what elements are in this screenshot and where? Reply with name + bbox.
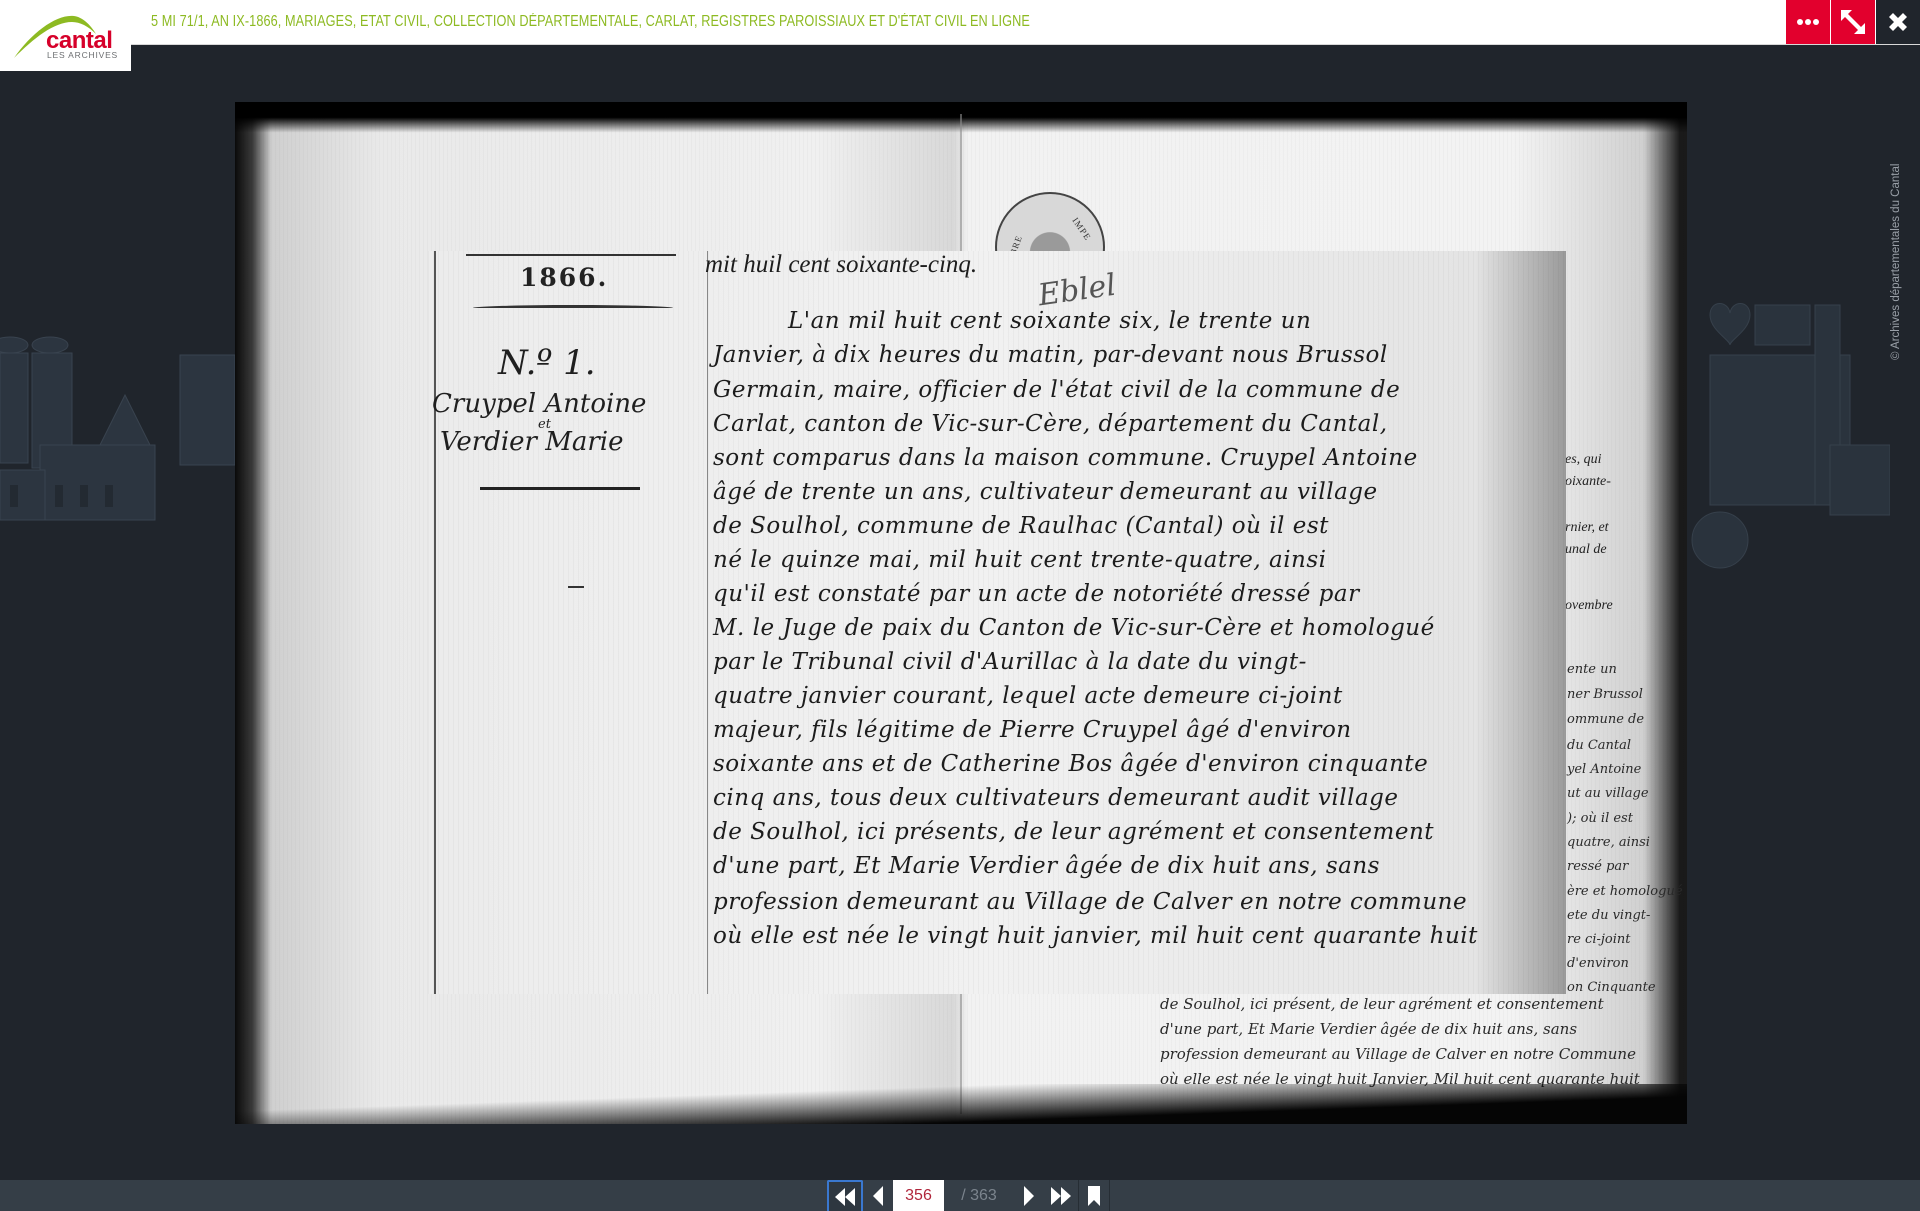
- triangle-right-icon: [1023, 1186, 1035, 1206]
- right-page-print: es, qui: [1565, 452, 1602, 468]
- margin-bride-name: Verdier Marie: [440, 427, 624, 457]
- margin-mark: [568, 586, 584, 588]
- entry-line: qu'il est constaté par un acte de notori…: [713, 581, 1360, 607]
- bookmark-button[interactable]: [1079, 1180, 1109, 1211]
- entry-line: quatre janvier courant, lequel acte deme…: [713, 683, 1343, 709]
- lower-handwriting-line: d'une part, Et Marie Verdier âgée de dix…: [1160, 1020, 1577, 1038]
- right-page-handwriting: on Cinquante: [1567, 980, 1656, 995]
- entry-line: soixante ans et de Catherine Bos âgée d'…: [713, 751, 1428, 777]
- zoomed-entry-inset[interactable]: 1866. N.º 1. Cruypel Antoine et Verdier …: [428, 251, 1566, 994]
- first-page-button[interactable]: [827, 1180, 863, 1211]
- expand-arrows-icon: [1839, 8, 1867, 36]
- margin-line: [434, 251, 436, 994]
- close-button[interactable]: [1876, 0, 1920, 44]
- fullscreen-button[interactable]: [1831, 0, 1875, 44]
- right-page-handwriting: re ci-joint: [1567, 932, 1630, 947]
- entry-line: cinq ans, tous deux cultivateurs demeura…: [713, 785, 1399, 811]
- entry-line: par le Tribunal civil d'Aurillac à la da…: [713, 649, 1307, 675]
- close-x-icon: [1886, 10, 1910, 34]
- background-illustration-left: [0, 315, 240, 575]
- entry-line: de Soulhol, commune de Raulhac (Cantal) …: [713, 513, 1329, 539]
- right-page-print: oixante-: [1565, 474, 1611, 490]
- lower-handwriting-line: profession demeurant au Village de Calve…: [1160, 1045, 1636, 1063]
- triangle-left-icon: [872, 1186, 884, 1206]
- entry-line: né le quinze mai, mil huit cent trente-q…: [713, 547, 1327, 573]
- heading-rule: [466, 254, 676, 256]
- double-chevron-right-icon: [1050, 1187, 1072, 1205]
- entry-line: L'an mil huit cent soixante six, le tren…: [788, 308, 1311, 334]
- copyright-notice: © Archives départementales du Cantal: [1890, 164, 1902, 360]
- page-number-input[interactable]: [893, 1180, 944, 1211]
- entry-line: de Soulhol, ici présents, de leur agréme…: [713, 819, 1434, 845]
- right-page-handwriting: ente un: [1567, 662, 1617, 677]
- last-page-button[interactable]: [1044, 1180, 1078, 1211]
- entry-number: N.º 1.: [498, 343, 596, 383]
- entry-line: Germain, maire, officier de l'état civil…: [713, 377, 1400, 403]
- page-total: / 363: [944, 1180, 1014, 1211]
- entry-line: d'une part, Et Marie Verdier âgée de dix…: [713, 853, 1380, 879]
- right-page-print: rnier, et: [1565, 520, 1609, 536]
- right-page-handwriting: quatre, ainsi: [1567, 835, 1650, 850]
- column-line: [707, 251, 708, 994]
- document-title: 5 MI 71/1, AN IX-1866, MARIAGES, ETAT CI…: [151, 13, 1030, 31]
- cantal-logo[interactable]: cantal LES ARCHIVES: [0, 0, 131, 71]
- double-chevron-left-icon: [834, 1188, 856, 1206]
- bookmark-icon: [1088, 1186, 1100, 1206]
- seal-text-right: IMPE: [1070, 216, 1093, 243]
- right-page-handwriting: yel Antoine: [1567, 762, 1641, 777]
- right-page-handwriting: ); où il est: [1567, 811, 1633, 826]
- entry-line: majeur, fils légitime de Pierre Cruypel …: [713, 717, 1352, 743]
- right-page-handwriting: ete du vingt-: [1567, 908, 1650, 923]
- margin-rule: [480, 487, 640, 490]
- right-page-handwriting: ner Brussol: [1567, 687, 1643, 702]
- right-page-handwriting: du Cantal: [1567, 738, 1631, 753]
- pagination-bar: / 363: [0, 1180, 1920, 1211]
- entry-line: sont comparus dans la maison commune. Cr…: [713, 445, 1418, 471]
- right-page-print: unal de: [1565, 542, 1607, 558]
- margin-groom-name: Cruypel Antoine: [432, 389, 646, 419]
- more-options-button[interactable]: [1786, 0, 1830, 44]
- pagination-controls: / 363: [827, 1180, 1110, 1211]
- logo-subtitle: LES ARCHIVES: [47, 50, 118, 60]
- entry-line: M. le Juge de paix du Canton de Vic-sur-…: [713, 615, 1435, 641]
- entry-line: profession demeurant au Village de Calve…: [713, 889, 1467, 915]
- heading-flourish: [473, 305, 673, 311]
- ellipsis-icon: [1796, 18, 1820, 26]
- entry-line: Carlat, canton de Vic-sur-Cère, départem…: [713, 411, 1388, 437]
- year-heading: 1866.: [520, 263, 608, 292]
- lower-handwriting-line: de Soulhol, ici présent, de leur agrémen…: [1160, 995, 1604, 1013]
- background-illustration-right: [1690, 295, 1890, 575]
- header-bar: 5 MI 71/1, AN IX-1866, MARIAGES, ETAT CI…: [0, 0, 1920, 45]
- next-page-button[interactable]: [1014, 1180, 1044, 1211]
- entry-line: où elle est née le vingt huit janvier, m…: [713, 923, 1478, 949]
- right-page-handwriting: ressé par: [1567, 859, 1628, 874]
- pager-divider: [1109, 1180, 1110, 1211]
- right-page-print: ovembre: [1565, 598, 1613, 614]
- right-page-handwriting: ère et homologué: [1567, 884, 1683, 899]
- printed-heading: mit huil cent soixante-cinq.: [705, 251, 977, 279]
- previous-page-button[interactable]: [863, 1180, 893, 1211]
- right-page-handwriting: ut au village: [1567, 786, 1649, 801]
- right-page-handwriting: ommune de: [1567, 712, 1644, 727]
- lower-handwriting-line: où elle est née le vingt huit Janvier, M…: [1160, 1070, 1640, 1088]
- entry-line: âgé de trente un ans, cultivateur demeur…: [713, 479, 1378, 505]
- right-page-handwriting: d'environ: [1567, 956, 1629, 971]
- entry-line: Janvier, à dix heures du matin, par-deva…: [713, 342, 1388, 368]
